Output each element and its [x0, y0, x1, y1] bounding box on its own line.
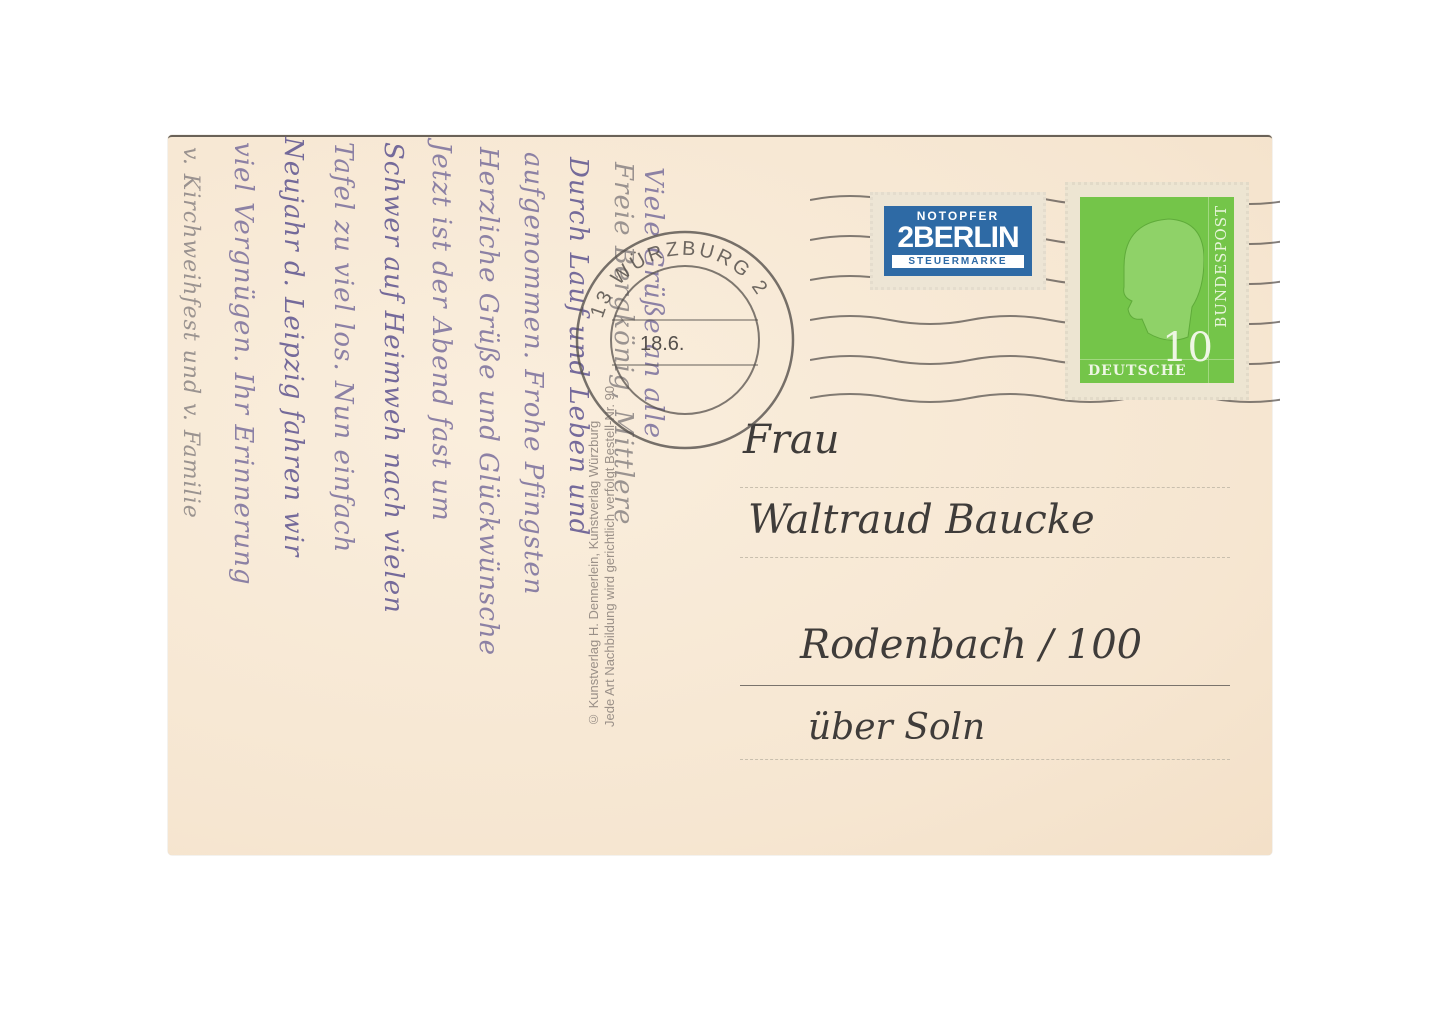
- svg-text:18.6.: 18.6.: [640, 333, 684, 355]
- bundespost-stamp: BUNDESPOST 10 DEUTSCHE: [1065, 182, 1249, 400]
- message-line: Schwer auf Heimweh nach vielen: [378, 142, 408, 614]
- message-line: Jetzt ist der Abend fast um: [426, 142, 456, 522]
- notopfer-berlin-stamp: NOTOPFER 2BERLIN STEUERMARKE: [870, 192, 1046, 290]
- address-via: über Soln: [808, 707, 985, 748]
- stamp-bottom-text: STEUERMARKE: [892, 255, 1024, 268]
- stamp-side-text: BUNDESPOST: [1212, 205, 1230, 328]
- stamp-bottom-text: DEUTSCHE: [1088, 363, 1187, 379]
- message-line: Neujahr d. Leipzig fahren wir: [278, 137, 308, 557]
- address-rule: [740, 685, 1230, 686]
- message-line: Tafel zu viel los. Nun einfach: [328, 142, 358, 553]
- address-rule: [740, 557, 1230, 558]
- postmark-circle-icon: 13 WÜRZBURG 2 18.6.: [570, 225, 800, 455]
- message-line: viel Vergnügen. Ihr Erinnerung: [228, 142, 258, 586]
- postmark: 13 WÜRZBURG 2 18.6.: [570, 225, 800, 455]
- address-name: Waltraud Baucke: [748, 497, 1095, 543]
- address-rule: [740, 759, 1230, 760]
- address-rule: [740, 487, 1230, 488]
- address-town: Rodenbach / 100: [800, 622, 1142, 668]
- message-line: Herzliche Grüße und Glückwünsche: [473, 147, 503, 656]
- stamp-main-text: 2BERLIN: [884, 223, 1032, 253]
- message-line: aufgenommen. Frohe Pfingsten: [518, 152, 548, 596]
- message-line: v. Kirchweihfest und v. Familie: [178, 147, 203, 519]
